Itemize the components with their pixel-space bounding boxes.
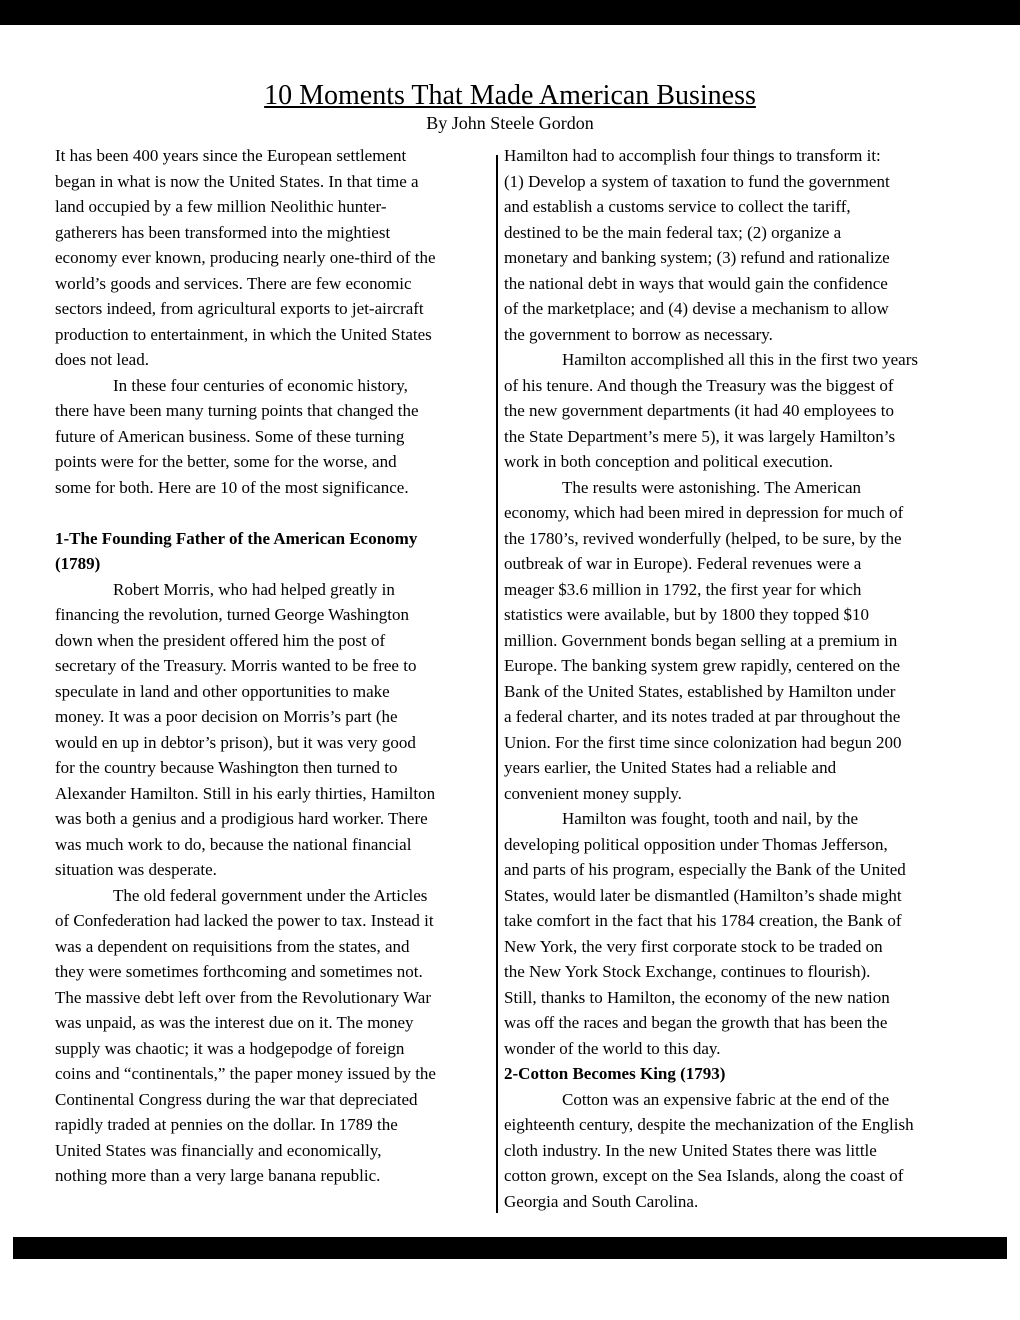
text-column-right: Hamilton had to accomplish four things t… [504,143,976,1214]
paragraph: The results were astonishing. The Americ… [504,475,976,807]
section-heading: 1-The Founding Father of the American Ec… [55,526,495,577]
paragraph: Hamilton accomplished all this in the fi… [504,347,976,475]
document-page: { "page": { "title": "10 Moments That Ma… [0,0,1020,1320]
paragraph: Hamilton had to accomplish four things t… [504,143,976,347]
paragraph: In these four centuries of economic hist… [55,373,495,501]
paragraph: Hamilton was fought, tooth and nail, by … [504,806,976,1061]
text-column-left: It has been 400 years since the European… [55,143,495,1189]
page-break-black-bar [13,1237,1007,1259]
paragraph: Cotton was an expensive fabric at the en… [504,1087,976,1215]
document-title: 10 Moments That Made American Business [0,80,1020,112]
document-byline: By John Steele Gordon [0,112,1020,134]
paragraph: The old federal government under the Art… [55,883,495,1189]
paragraph: Robert Morris, who had helped greatly in… [55,577,495,883]
paragraph: It has been 400 years since the European… [55,143,495,373]
column-divider-rule [496,155,498,1213]
top-black-bar [0,0,1020,25]
section-heading: 2-Cotton Becomes King (1793) [504,1061,976,1087]
